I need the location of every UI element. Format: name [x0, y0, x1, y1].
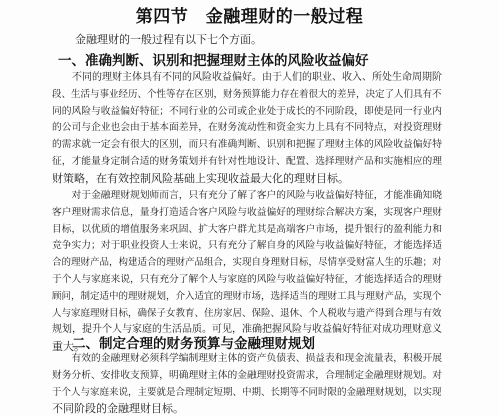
section-title: 第四节 金融理财的一般过程	[0, 2, 499, 27]
text-line: 的需求就一定会有很大的区别，而只有准确判断、识别和把握了理财主体的风险收益偏好特	[52, 137, 444, 154]
text-line: 对于金融理财规划师而言，只有充分了解了客户的风险与收益偏好特征，才能准确知晓	[52, 188, 444, 205]
text-line: 的公司与企业也会由于基本面差异，在财务流动性和资金实力上具有不同特点，对投资理财	[52, 120, 444, 137]
heading-risk-preference: 一、准确判断、识别和把握理财主体的风险收益偏好	[58, 49, 369, 69]
heading-budget-planning: 二、制定合理的财务预算与金融理财规划	[72, 332, 315, 352]
intro-text: 金融理财的一般过程有以下七个方面。	[75, 31, 262, 47]
text-line: 于个人与家庭来说，主要就是合理制定短期、中期、长期等不同时限的金融理财规划，以实…	[52, 385, 444, 402]
text-line: 人与家庭理财目标，确保子女教育、住房家居、保险、退休、个人税收与遗产得到合理与有…	[52, 306, 444, 323]
text-line: 于个人与家庭来说，只有充分了解个人与家庭的风险与收益偏好特征，才能选择适合的理财	[52, 272, 444, 289]
text-line: 征，才能量身定制合适的财务策划并有针对性地设计、配置、选择理财产品和实施相应的理	[52, 154, 444, 171]
document-page: 第四节 金融理财的一般过程 金融理财的一般过程有以下七个方面。 一、准确判断、识…	[0, 0, 499, 416]
text-line: 客户理财需求信息，量身打造适合客户风险与收益偏好的理财综合解决方案，实现客户理财	[52, 205, 444, 222]
text-line: 有效的金融理财必须科学编制理财主体的资产负债表、损益表和现金流量表，积极开展	[52, 351, 444, 368]
text-line: 顾问，制定适中的理财规划，介入适宜的理财市场，选择适当的理财工具与理财产品，实现…	[52, 289, 444, 306]
paragraph-risk-1: 不同的理财主体具有不同的风险收益偏好。由于人们的职业、收入、所处生命周期阶 段、…	[52, 70, 444, 188]
text-line: 段、生活与事业经历、个性等存在区别，财务预算能力存在着很大的差异，决定了人们具有…	[52, 87, 444, 104]
text-line: 竞争实力；对于职业投资人士来说，只有充分了解自身的风险与收益偏好特征，才能选择适	[52, 238, 444, 255]
text-line: 目标，以优质的增值服务来巩固、扩大客户群尤其是高端客户市场，提升银行的盈利能力和	[52, 222, 444, 239]
paragraph-risk-2: 对于金融理财规划师而言，只有充分了解了客户的风险与收益偏好特征，才能准确知晓 客…	[52, 188, 444, 356]
text-line: 合的理财产品，构建适合的理财产品组合，实现自身理财目标，尽情享受财富人生的乐趣；…	[52, 255, 444, 272]
text-line: 财务分析、安排收支预算，明确理财主体的金融理财投资需求，合理制定金融理财规划。对	[52, 368, 444, 385]
text-line: 不同阶段的金融理财目标。	[52, 401, 444, 416]
paragraph-budget-1: 有效的金融理财必须科学编制理财主体的资产负债表、损益表和现金流量表，积极开展 财…	[52, 351, 444, 416]
text-line: 同的风险与收益偏好特征；不同行业的公司或企业处于成长的不同阶段，即使是同一行业内	[52, 104, 444, 121]
text-line: 财策略，在有效控制风险基础上实现收益最大化的理财目标。	[52, 171, 444, 188]
text-line: 不同的理财主体具有不同的风险收益偏好。由于人们的职业、收入、所处生命周期阶	[52, 70, 444, 87]
